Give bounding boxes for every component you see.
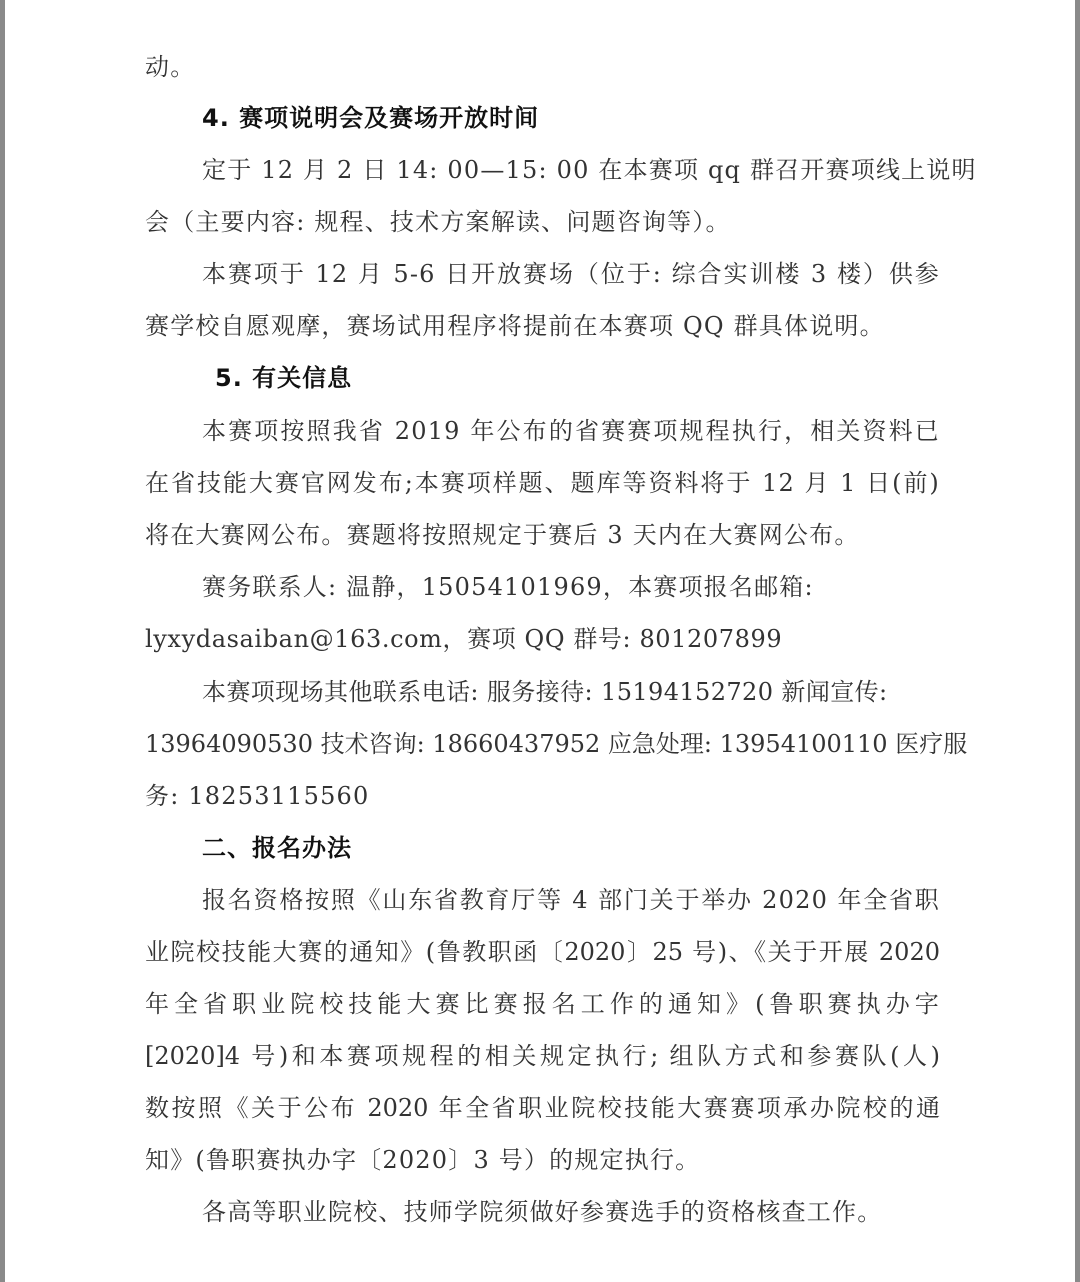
contact-person-line: 赛务联系人: 温静，15054101969，本赛项报名邮箱: <box>202 572 814 602</box>
text-line: 将在大赛网公布。赛题将按照规定于赛后 3 天内在大赛网公布。 <box>145 520 860 550</box>
section-heading-registration: 二、报名办法 <box>202 833 352 863</box>
text-line: 在省技能大赛官网发布;本赛项样题、题库等资料将于 12 月 1 日(前) <box>145 468 940 498</box>
email-qq-line: lyxydasaiban@163.com，赛项 QQ 群号: 801207899 <box>145 624 782 654</box>
paragraph-fragment-end: 动。 <box>145 52 195 82</box>
section-heading-5-info: 5. 有关信息 <box>215 363 352 393</box>
phone-line: 13964090530 技术咨询: 18660437952 应急处理: 1395… <box>145 729 935 759</box>
phone-line: 本赛项现场其他联系电话: 服务接待: 15194152720 新闻宣传: <box>202 677 888 707</box>
text-line: 年全省职业院校技能大赛比赛报名工作的通知》(鲁职赛执办字 <box>145 989 940 1019</box>
text-line: 知》(鲁职赛执办字〔2020〕3 号）的规定执行。 <box>145 1145 700 1175</box>
text-line: 本赛项于 12 月 5-6 日开放赛场（位于: 综合实训楼 3 楼）供参 <box>202 259 940 289</box>
text-line: 赛学校自愿观摩，赛场试用程序将提前在本赛项 QQ 群具体说明。 <box>145 311 885 341</box>
text-line: 各高等职业院校、技师学院须做好参赛选手的资格核查工作。 <box>202 1197 882 1227</box>
document-page: 动。 4. 赛项说明会及赛场开放时间 定于 12 月 2 日 14: 00—15… <box>5 0 1075 1282</box>
text-line: 本赛项按照我省 2019 年公布的省赛赛项规程执行，相关资料已 <box>202 416 940 446</box>
phone-line: 务: 18253115560 <box>145 781 369 811</box>
text-line: 报名资格按照《山东省教育厅等 4 部门关于举办 2020 年全省职 <box>202 885 940 915</box>
text-line: 定于 12 月 2 日 14: 00—15: 00 在本赛项 qq 群召开赛项线… <box>202 155 940 185</box>
text-line: [2020]4 号)和本赛项规程的相关规定执行; 组队方式和参赛队(人) <box>145 1041 940 1071</box>
text-line: 数按照《关于公布 2020 年全省职业院校技能大赛赛项承办院校的通 <box>145 1093 940 1123</box>
section-heading-4-briefing: 4. 赛项说明会及赛场开放时间 <box>202 103 539 133</box>
text-line: 业院校技能大赛的通知》(鲁教职函〔2020〕25 号)、《关于开展 2020 <box>145 937 940 967</box>
text-line: 会（主要内容: 规程、技术方案解读、问题咨询等）。 <box>145 207 731 237</box>
